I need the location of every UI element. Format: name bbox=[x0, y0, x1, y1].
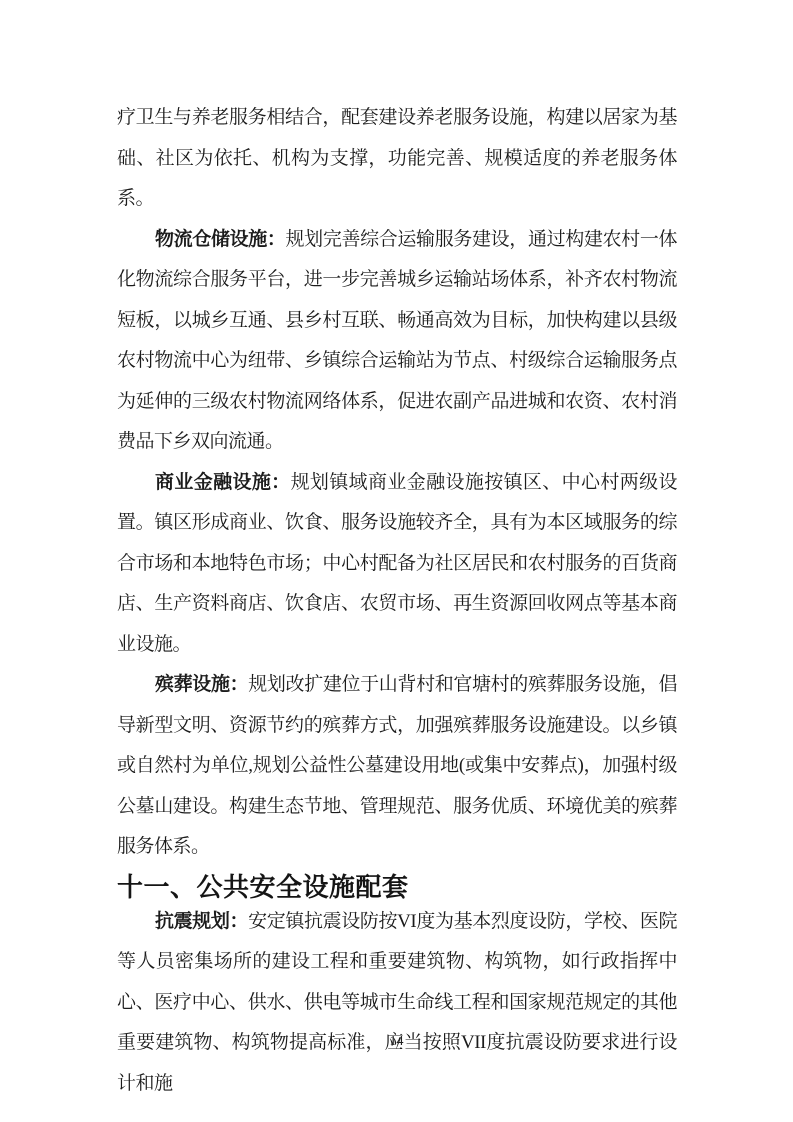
paragraph-commerce-finance-facilities: 商业金融设施：规划镇域商业金融设施按镇区、中心村两级设置。镇区形成商业、饮食、服… bbox=[117, 463, 677, 666]
document-page: 疗卫生与养老服务相结合，配套建设养老服务设施，构建以居家为基础、社区为依托、机构… bbox=[0, 0, 793, 1122]
paragraph-text: 规划镇域商业金融设施按镇区、中心村两级设置。镇区形成商业、饮食、服务设施较齐全，… bbox=[117, 472, 677, 655]
paragraph-funeral-facilities: 殡葬设施：规划改扩建位于山背村和官塘村的殡葬服务设施，倡导新型文明、资源节约的殡… bbox=[117, 665, 677, 868]
paragraph-label: 抗震规划： bbox=[155, 911, 248, 932]
paragraph-label: 殡葬设施： bbox=[155, 674, 248, 695]
paragraph-text: 安定镇抗震设防按VI度为基本烈度设防，学校、医院等人员密集场所的建设工程和重要建… bbox=[117, 911, 677, 1094]
paragraph-label: 物流仓储设施： bbox=[155, 229, 286, 250]
paragraph-label: 商业金融设施： bbox=[155, 472, 291, 493]
paragraph-logistics-facilities: 物流仓储设施：规划完善综合运输服务建设，通过构建农村一体化物流综合服务平台，进一… bbox=[117, 220, 677, 463]
paragraph-text: 规划完善综合运输服务建设，通过构建农村一体化物流综合服务平台，进一步完善城乡运输… bbox=[117, 229, 677, 453]
paragraph-seismic-planning: 抗震规划：安定镇抗震设防按VI度为基本烈度设防，学校、医院等人员密集场所的建设工… bbox=[117, 902, 677, 1105]
page-number: 14 bbox=[0, 1034, 793, 1050]
paragraph-text: 疗卫生与养老服务相结合，配套建设养老服务设施，构建以居家为基础、社区为依托、机构… bbox=[117, 107, 677, 209]
page-content: 疗卫生与养老服务相结合，配套建设养老服务设施，构建以居家为基础、社区为依托、机构… bbox=[117, 98, 677, 1104]
paragraph-text: 规划改扩建位于山背村和官塘村的殡葬服务设施，倡导新型文明、资源节约的殡葬方式，加… bbox=[117, 674, 677, 857]
paragraph-elderly-care: 疗卫生与养老服务相结合，配套建设养老服务设施，构建以居家为基础、社区为依托、机构… bbox=[117, 98, 677, 220]
